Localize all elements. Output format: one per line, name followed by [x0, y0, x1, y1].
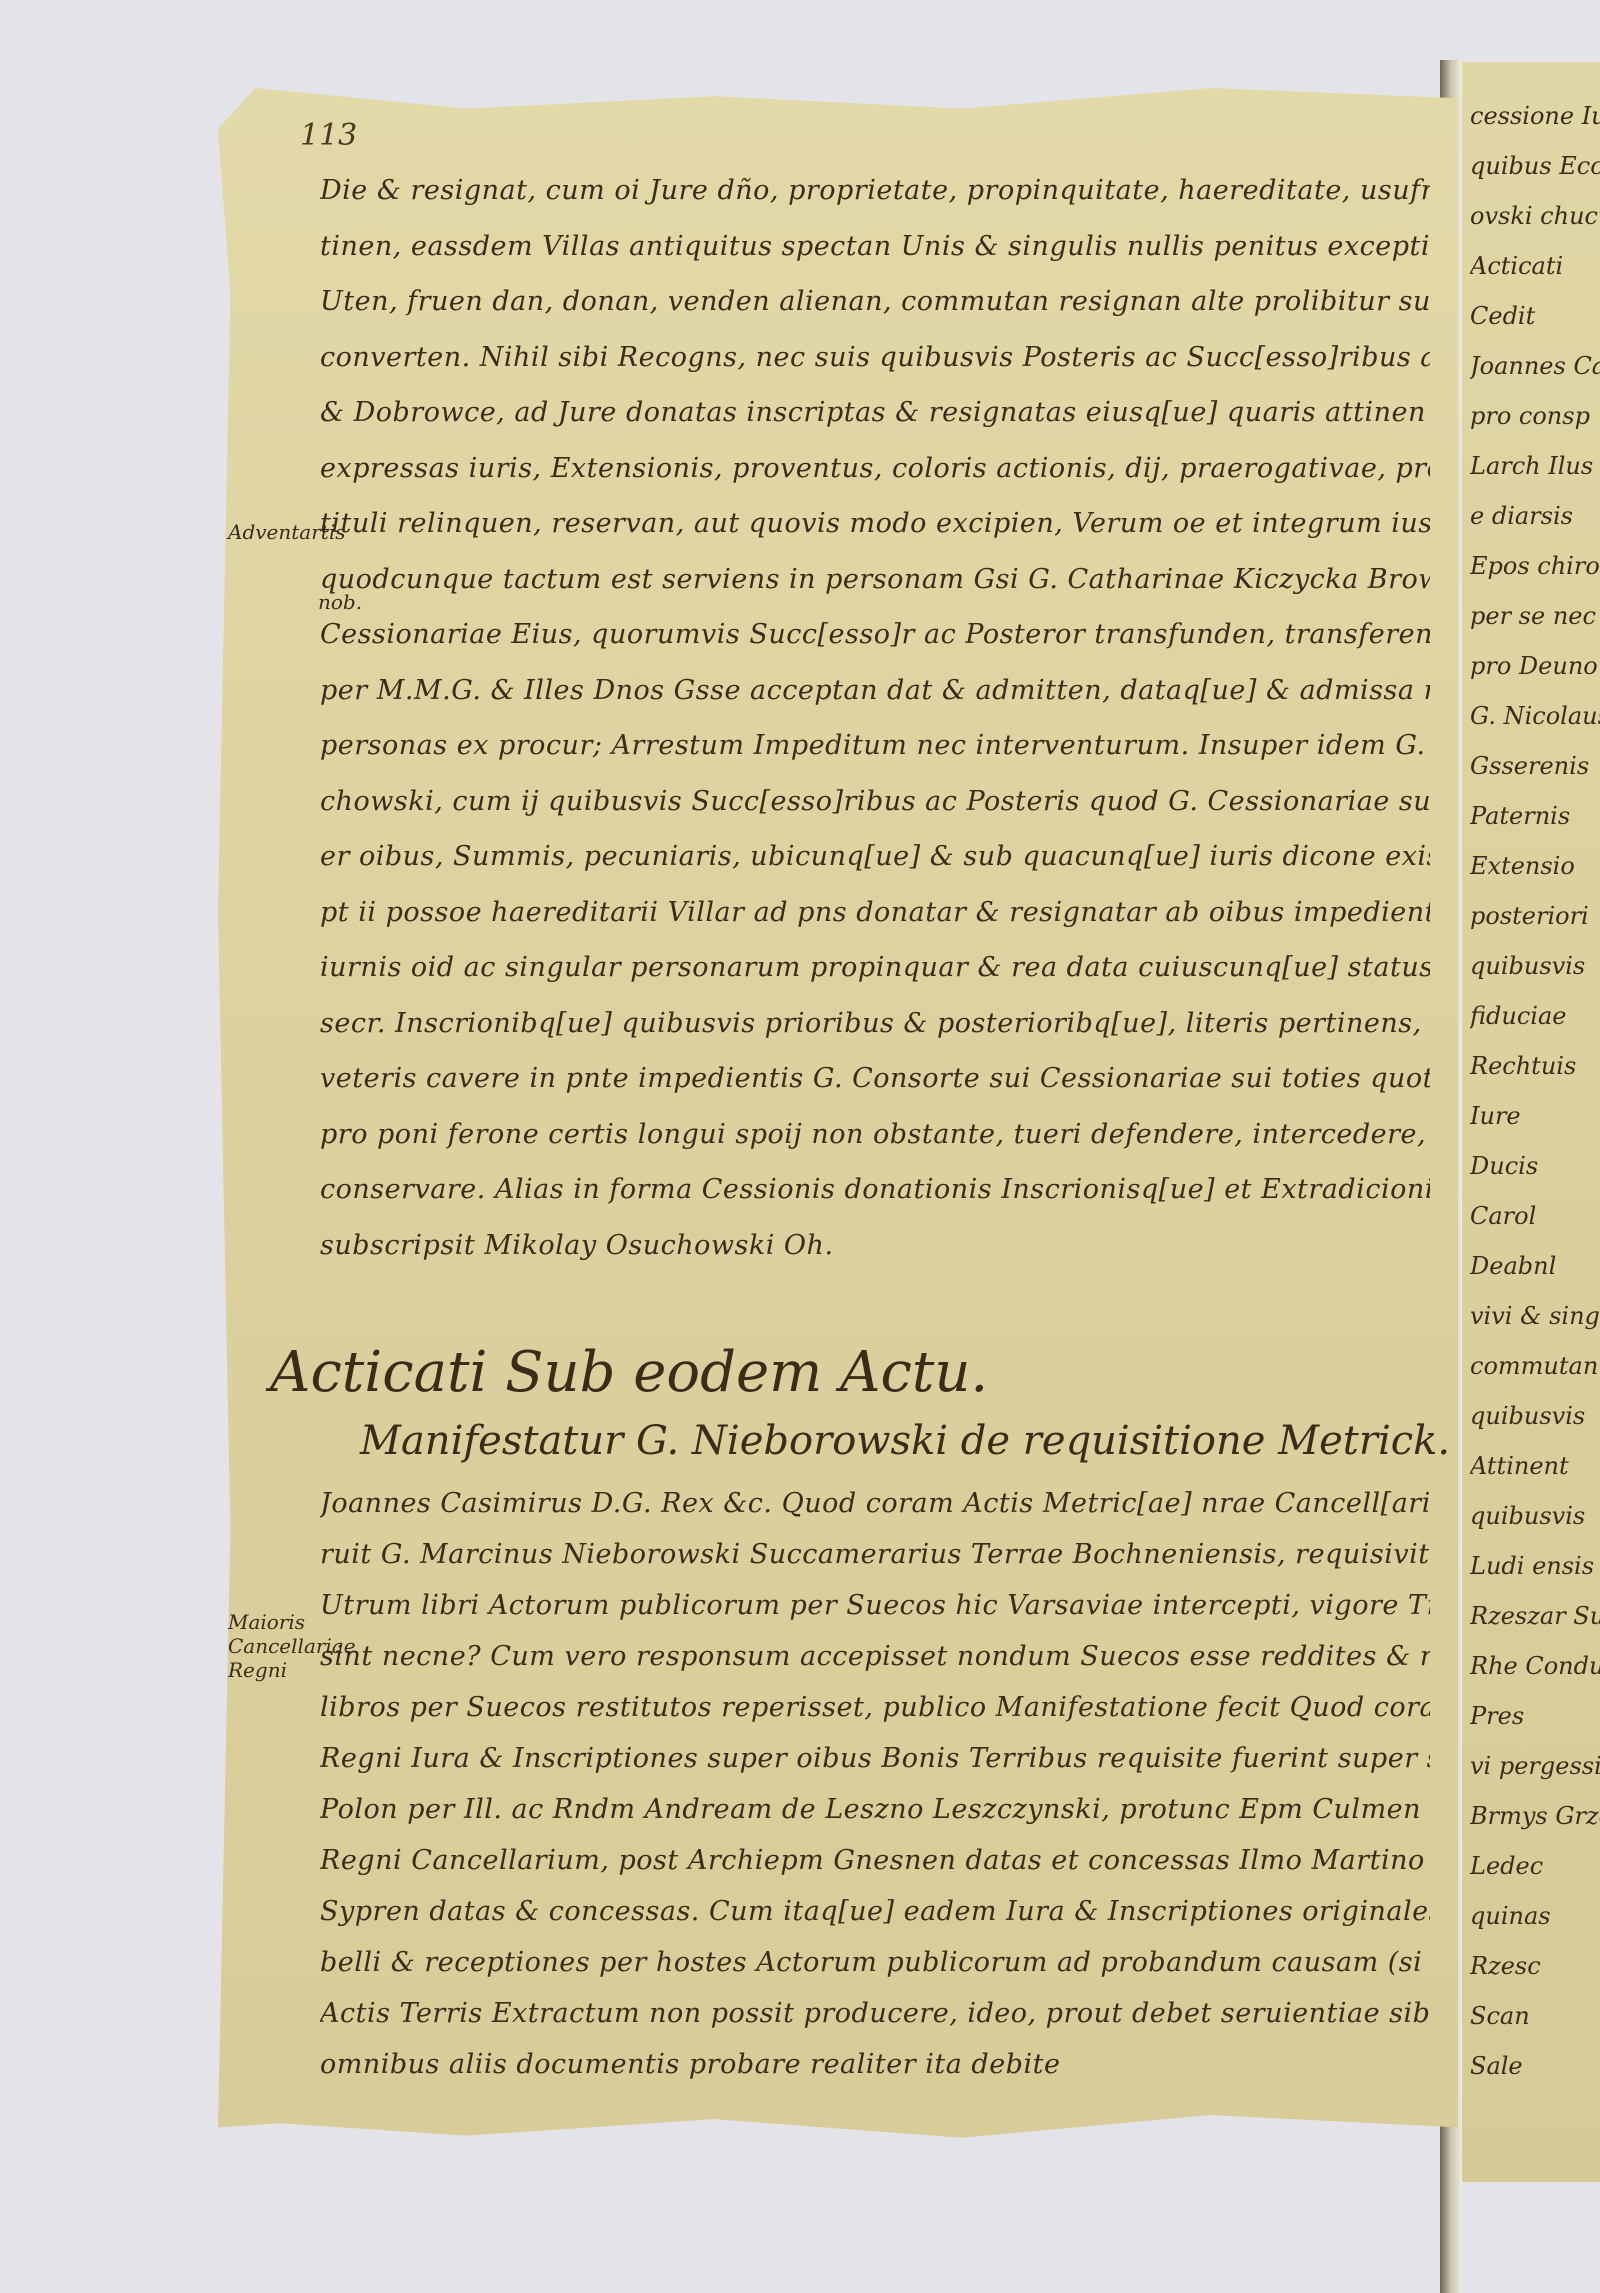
manuscript-line: ruit G. Marcinus Nieborowski Succamerari… — [320, 1539, 1430, 1570]
manuscript-line: subscripsit Mikolay Osuchowski Oh. — [320, 1230, 1430, 1261]
manuscript-line: libros per Suecos restitutos reperisset,… — [320, 1692, 1430, 1723]
manuscript-line: iurnis oid ac singular personarum propin… — [320, 952, 1430, 983]
facing-page-line: vi pergessi — [1470, 1752, 1600, 1780]
facing-page-line: Carol — [1470, 1202, 1600, 1230]
facing-page-line: Brmys Grzecza — [1470, 1802, 1600, 1830]
facing-page-line: Ledec — [1470, 1852, 1600, 1880]
facing-page-line: per se nec — [1470, 602, 1600, 630]
facing-page-line: pro Deuno — [1470, 652, 1600, 680]
manuscript-line: omnibus aliis documentis probare realite… — [320, 2049, 1430, 2080]
facing-page-line: Cedit — [1470, 302, 1600, 330]
manuscript-line: per M.M.G. & Illes Dnos Gsse acceptan da… — [320, 675, 1430, 706]
facing-page-line: quibus Ecce co — [1470, 152, 1600, 180]
facing-page-line: cessione Iuris & — [1470, 102, 1600, 130]
manuscript-line: converten. Nihil sibi Recogns, nec suis … — [320, 342, 1430, 373]
manuscript-line: sint necne? Cum vero responsum accepisse… — [320, 1641, 1430, 1672]
facing-page-line: Joannes Casimi — [1470, 352, 1600, 380]
manuscript-line: Sypren datas & concessas. Cum itaq[ue] e… — [320, 1896, 1430, 1927]
facing-page-line: quibusvis — [1470, 952, 1600, 980]
facing-page-line: posteriori — [1470, 902, 1600, 930]
facing-page-line: G. Nicolaus — [1470, 702, 1600, 730]
manuscript-line: conservare. Alias in forma Cessionis don… — [320, 1174, 1430, 1205]
manuscript-line: pro poni ferone certis longui spoij non … — [320, 1119, 1430, 1150]
facing-page-line: Ludi ensis — [1470, 1552, 1600, 1580]
manuscript-line: Actis Terris Extractum non possit produc… — [320, 1998, 1430, 2029]
facing-page-line: pro consp — [1470, 402, 1600, 430]
facing-page-line: Extensio — [1470, 852, 1600, 880]
facing-page-line: Sale — [1470, 2052, 1600, 2080]
facing-page-line: Rzesc — [1470, 1952, 1600, 1980]
manuscript-line: belli & receptiones per hostes Actorum p… — [320, 1947, 1430, 1978]
facing-page-line: e diarsis — [1470, 502, 1600, 530]
manuscript-line: quodcunque tactum est serviens in person… — [320, 564, 1430, 595]
manuscript-line: personas ex procur; Arrestum Impeditum n… — [320, 730, 1430, 761]
manuscript-line: er oibus, Summis, pecuniaris, ubicunq[ue… — [320, 841, 1430, 872]
manuscript-line: Cessionariae Eius, quorumvis Succ[esso]r… — [320, 619, 1430, 650]
manuscript-line: Joannes Casimirus D.G. Rex &c. Quod cora… — [320, 1488, 1430, 1519]
folio-number: 113 — [300, 118, 357, 153]
facing-page-line: Rzeszar Succ — [1470, 1602, 1600, 1630]
facing-page-line: Iure — [1470, 1102, 1600, 1130]
facing-page-line: ovski chucun — [1470, 202, 1600, 230]
facing-page-line: Larch Ilus — [1470, 452, 1600, 480]
facing-page-line: Epos chiroc — [1470, 552, 1600, 580]
facing-page-line: Acticati — [1470, 252, 1600, 280]
facing-page-line: commutan — [1470, 1352, 1600, 1380]
manuscript-line: expressas iuris, Extensionis, proventus,… — [320, 453, 1430, 484]
manuscript-line: & Dobrowce, ad Jure donatas inscriptas &… — [320, 397, 1430, 428]
manuscript-line: tinen, eassdem Villas antiquitus spectan… — [320, 231, 1430, 262]
facing-page-line: quinas — [1470, 1902, 1600, 1930]
facing-page-line: Rechtuis — [1470, 1052, 1600, 1080]
manuscript-line: tituli relinquen, reservan, aut quovis m… — [320, 508, 1430, 539]
margin-note: Adventartis — [228, 520, 345, 544]
facing-page-line: Deabnl — [1470, 1252, 1600, 1280]
facing-page: cessione Iuris &quibus Ecce coovski chuc… — [1462, 62, 1600, 2182]
manuscript-line: pt ii possoe haereditarii Villar ad pns … — [320, 897, 1430, 928]
facing-page-line: Gsserenis — [1470, 752, 1600, 780]
manuscript-line: chowski, cum ij quibusvis Succ[esso]ribu… — [320, 786, 1430, 817]
manuscript-line: Utrum libri Actorum publicorum per Sueco… — [320, 1590, 1430, 1621]
section-heading: Acticati Sub eodem Actu. — [270, 1340, 988, 1405]
manuscript-line: Regni Iura & Inscriptiones super oibus B… — [320, 1743, 1430, 1774]
manuscript-line: Regni Cancellarium, post Archiepm Gnesne… — [320, 1845, 1430, 1876]
facing-page-line: Ducis — [1470, 1152, 1600, 1180]
facing-page-line: Rhe Conductoru — [1470, 1652, 1600, 1680]
facing-page-line: vivi & singuli — [1470, 1302, 1600, 1330]
section-subheading: Manifestatur G. Nieborowski de requisiti… — [360, 1418, 1450, 1464]
facing-page-line: quibusvis — [1470, 1502, 1600, 1530]
facing-page-line: Attinent — [1470, 1452, 1600, 1480]
facing-page-line: Pres — [1470, 1702, 1600, 1730]
facing-page-line: Scan — [1470, 2002, 1600, 2030]
manuscript-line: secr. Inscrionibq[ue] quibusvis prioribu… — [320, 1008, 1430, 1039]
manuscript-line: Polon per Ill. ac Rndm Andream de Leszno… — [320, 1794, 1430, 1825]
margin-note: Maioris Cancellariae Regni — [228, 1610, 308, 1682]
manuscript-line: Uten, fruen dan, donan, venden alienan, … — [320, 286, 1430, 317]
manuscript-line: veteris cavere in pnte impedientis G. Co… — [320, 1063, 1430, 1094]
manuscript-line: Die & resignat, cum oi Jure dño, proprie… — [320, 175, 1430, 206]
facing-page-line: quibusvis — [1470, 1402, 1600, 1430]
facing-page-line: Paternis — [1470, 802, 1600, 830]
margin-note: nob. — [318, 590, 362, 614]
facing-page-line: fiduciae — [1470, 1002, 1600, 1030]
